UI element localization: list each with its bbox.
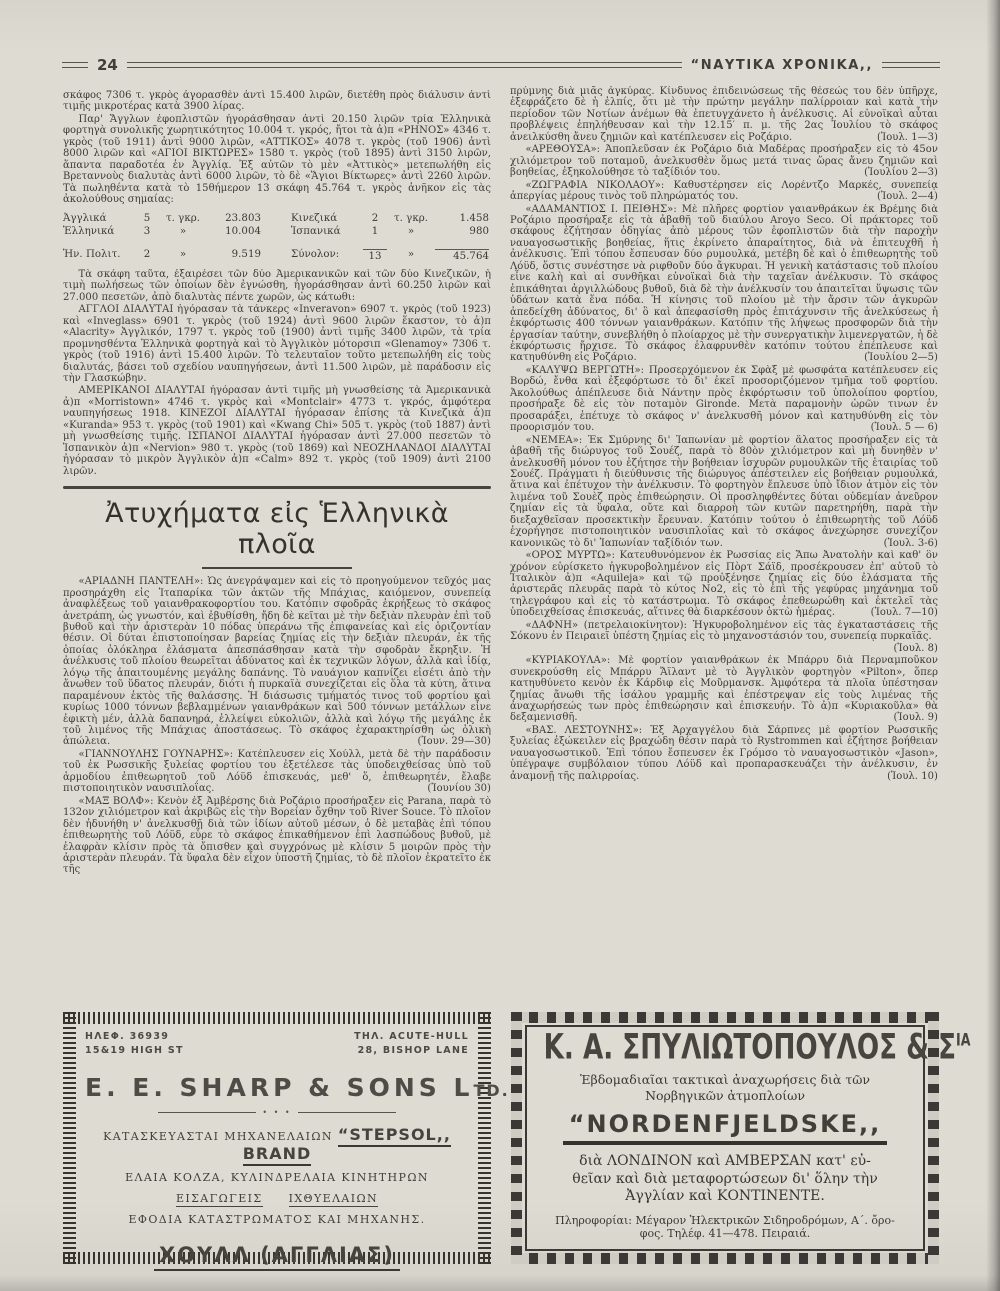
ad-body: διὰ ΛΟΝΔΙΝΟΝ καὶ ΑΜΒΕΡΣΑΝ κατ' εὐ- θεῖαν…	[537, 1153, 913, 1206]
table-cell: τ. γκρ.	[159, 213, 207, 224]
ad-border	[511, 1012, 939, 1023]
header-rule-left	[62, 62, 88, 68]
company-name-suffix: ΙΑ	[956, 1031, 970, 1051]
company-name-main: E. E. SHARP & SONS L	[85, 1073, 473, 1102]
header-rule-center	[127, 62, 682, 68]
paragraph-text: ΑΜΕΡΙΚΑΝΟΙ ΔΙΑΛΥΤΑΙ ἠγόρασαν ἀντὶ τιμῆς …	[63, 385, 491, 476]
ship-report: «ΖΩΓΡΑΦΙΑ ΝΙΚΟΛΑΟΥ»: Καθυστέρησεν εἰς Λο…	[510, 180, 938, 203]
table-cell: Ἀγγλικά	[63, 213, 135, 224]
table-cell: 5	[135, 213, 159, 224]
report-date: (Ἰουλίου 2—3)	[841, 167, 938, 178]
ad-address: 28, BISHOP LANE	[354, 1044, 469, 1058]
report-date: (Ἰουλ. 2—4)	[854, 191, 938, 202]
paragraph: Παρ' Ἄγγλων ἐφοπλιστῶν ἠγοράσθησαν ἀντὶ …	[63, 114, 491, 206]
paragraph-text: Παρ' Ἄγγλων ἐφοπλιστῶν ἠγοράσθησαν ἀντὶ …	[63, 114, 491, 205]
table-cell: 23.803	[207, 213, 261, 224]
company-name-suffix: TD.	[473, 1081, 509, 1100]
report-date: (Ἰουλ. 7—10)	[847, 607, 938, 618]
ship-report: «ΟΡΟΣ ΜΥΡΤΩ»: Κατευθυνόμενον ἐκ Ρωσσίας …	[510, 550, 938, 619]
table-cell: 1	[363, 226, 387, 237]
report-text: «ΔΑΦΝΗ» (πετρελαιοκίνητον): Ἠγκυροβολημέ…	[510, 620, 938, 642]
ad-info-line: Πληροφορίαι: Μέγαρον Ἡλεκτρικῶν Σιδηροδρ…	[537, 1214, 913, 1228]
ad-info-line: φος. Τηλέφ. 41—478. Πειραιά.	[537, 1227, 913, 1241]
paragraph-text: σκάφος 7306 τ. γκρὸς ἀγορασθὲν ἀντὶ 15.4…	[63, 90, 491, 112]
report-text: «ΜΑΞ ΒΟΛΦ»: Κενὸν ἐξ Ἀμβέρσης διὰ Ροζάρι…	[63, 796, 491, 876]
ad-company-name: E. E. SHARP & SONS LTD.	[85, 1073, 469, 1102]
ship-report: «ΝΕΜΕΑ»: Ἐκ Σμύρνης δι' Ἰαπωνίαν μὲ φορτ…	[510, 435, 938, 550]
ship-report: «ΓΙΑΝΝΟΥΛΗΣ ΓΟΥΝΑΡΗΣ»: Κατέπλευσεν εἰς Χ…	[63, 749, 491, 795]
left-column: σκάφος 7306 τ. γκρὸς ἀγορασθὲν ἀντὶ 15.4…	[63, 90, 491, 1010]
paragraph: ΑΜΕΡΙΚΑΝΟΙ ΔΙΑΛΥΤΑΙ ἠγόρασαν ἀντὶ τιμῆς …	[63, 385, 491, 477]
ad-content: Κ. Α. ΣΠΥΛΙΩΤΟΠΟΥΛΟΣ & ΣΙΑ Ἑβδομαδιαῖαι …	[537, 1032, 913, 1248]
table-cell: Ἡν. Πολιτ.	[63, 249, 135, 260]
ad-sharp-and-sons: ΗΛΕΦ. 36939 15&19 HIGH ST ΤΗΛ. ACUTE-HUL…	[63, 1012, 491, 1264]
ad-line-text: ΚΑΤΑΣΚΕΥΑΣΤΑΙ ΜΗΧΑΝΕΛΑΙΩΝ	[103, 1130, 338, 1143]
table-row: Ἑλληνικά 3 » 10.004	[63, 226, 261, 237]
table-row: Ἡν. Πολιτ. 2 » 9.519	[63, 249, 261, 260]
table-row: Ἀγγλικά 5 τ. γκρ. 23.803	[63, 213, 261, 224]
table-row-total: Σύνολον: 13 » 45.764	[291, 249, 489, 262]
magazine-page: 24 “ΝΑΥΤΙΚΑ ΧΡΟΝΙΚΑ,, σκάφος 7306 τ. γκρ…	[0, 0, 1000, 1291]
table-cell: »	[387, 249, 435, 262]
ad-line-importers: ΕΙΣΑΓΩΓΕΙΣΙΧΘΥΕΛΑΙΩΝ	[85, 1192, 469, 1205]
table-cell: 9.519	[207, 249, 261, 260]
ad-line-text: ΙΧΘΥΕΛΑΙΩΝ	[289, 1192, 378, 1207]
section-under-rule	[202, 567, 352, 569]
fleet-table-right: Κινεζικά 2 τ. γκρ. 1.458 Ἱσπανικά 1 » 98…	[291, 211, 489, 263]
table-cell: Ἱσπανικά	[291, 226, 363, 237]
fleet-flags-table: Ἀγγλικά 5 τ. γκρ. 23.803 Ἑλληνικά 3 » 10…	[63, 211, 489, 263]
section-title: Ἀτυχήματα εἰς Ἑλληνικὰ πλοῖα	[63, 498, 491, 560]
ad-line-oils: ΕΛΑΙΑ ΚΟΛΖΑ, ΚΥΛΙΝΔΡΕΛΑΙΑ ΚΙΝΗΤΗΡΩΝ	[85, 1171, 469, 1184]
ad-body-line: θεῖαν καὶ διὰ μεταφορτώσεων δι' ὅλην τὴν	[537, 1171, 913, 1189]
table-cell: Ἑλληνικά	[63, 226, 135, 237]
ad-brand-nordenfjeldske: “NORDENFJELDSKE,,	[563, 1110, 888, 1145]
fleet-table-left: Ἀγγλικά 5 τ. γκρ. 23.803 Ἑλληνικά 3 » 10…	[63, 211, 261, 263]
company-name-main: Κ. Α. ΣΠΥΛΙΩΤΟΠΟΥΛΟΣ & Σ	[544, 1027, 956, 1067]
paragraph-text: Τὰ σκάφη ταῦτα, ἐξαιρέσει τῶν δύο Ἀμερικ…	[63, 269, 491, 303]
ad-border	[511, 1012, 522, 1264]
ship-report: «ΚΥΡΙΑΚΟΥΛΑ»: Μὲ φορτίον γαιανθράκων ἐκ …	[510, 655, 938, 724]
table-cell: 1.458	[435, 213, 489, 224]
page-number: 24	[97, 56, 118, 74]
ship-report: «ΔΑΦΝΗ» (πετρελαιοκίνητον): Ἠγκυροβολημέ…	[510, 620, 938, 654]
paragraph: Τὰ σκάφη ταῦτα, ἐξαιρέσει τῶν δύο Ἀμερικ…	[63, 269, 491, 303]
report-date: (Ἰουλ. 10)	[864, 771, 938, 782]
ship-report: «ΒΑΣ. ΛΕΣΤΟΥΝΗΣ»: Ἐξ Ἀρχαγγέλου διὰ Σάρπ…	[510, 725, 938, 782]
ship-report: «ΜΑΞ ΒΟΛΦ»: Κενὸν ἐξ Ἀμβέρσης διὰ Ροζάρι…	[63, 796, 491, 876]
ship-report: πρύμνης διὰ μιᾶς ἀγκύρας. Κίνδυνος ἐπιδε…	[510, 86, 938, 143]
right-column: πρύμνης διὰ μιᾶς ἀγκύρας. Κίνδυνος ἐπιδε…	[510, 86, 938, 1010]
ad-company-name: Κ. Α. ΣΠΥΛΙΩΤΟΠΟΥΛΟΣ & ΣΙΑ	[544, 1027, 971, 1067]
table-cell: 3	[135, 226, 159, 237]
report-text: «ΑΔΑΜΑΝΤΙΟΣ Ι. ΠΕΙΘΗΣ»: Μὲ πλῆρες φορτίο…	[510, 204, 938, 364]
ad-spyliotopoulos: Κ. Α. ΣΠΥΛΙΩΤΟΠΟΥΛΟΣ & ΣΙΑ Ἑβδομαδιαῖαι …	[511, 1012, 939, 1264]
table-row: Ἱσπανικά 1 » 980	[291, 226, 489, 237]
table-cell: »	[159, 249, 207, 260]
section-top-rule	[63, 486, 491, 489]
report-date: (Ἰουν. 29—30)	[394, 736, 491, 747]
report-text: «ΝΕΜΕΑ»: Ἐκ Σμύρνης δι' Ἰαπωνίαν μὲ φορτ…	[510, 435, 938, 549]
ad-border	[63, 1012, 76, 1264]
ad-border	[63, 1012, 491, 1024]
table-cell: 2	[135, 249, 159, 260]
page-header: 24 “ΝΑΥΤΙΚΑ ΧΡΟΝΙΚΑ,,	[62, 56, 940, 74]
divider-dots: • • •	[262, 1108, 291, 1117]
report-date: (Ἰουλίου 2—5)	[841, 352, 938, 363]
ship-report: «ΑΡΕΘΟΥΣΑ»: Ἀποπλεῦσαν ἐκ Ροζάριο διὰ Μα…	[510, 144, 938, 178]
paragraph: σκάφος 7306 τ. γκρὸς ἀγορασθὲν ἀντὶ 15.4…	[63, 90, 491, 113]
report-date: (Ἰουλ. 8)	[870, 643, 938, 654]
ad-city: ΧΟΥΛΛ (ΑΓΓΛΙΑΣ)	[154, 1243, 400, 1271]
table-cell: Σύνολον:	[291, 249, 363, 262]
ad-border	[511, 1253, 939, 1264]
ad-tagline-line: Νορβηγικῶν ἀτμοπλοίων	[537, 1088, 913, 1104]
table-cell: 13	[363, 249, 387, 262]
header-rule-right	[882, 62, 940, 68]
ad-contact-block: ΗΛΕΦ. 36939 15&19 HIGH ST ΤΗΛ. ACUTE-HUL…	[85, 1030, 469, 1058]
report-date: (Ἰουλ. 5 — 6)	[847, 422, 938, 433]
ship-report: «ΑΔΑΜΑΝΤΙΟΣ Ι. ΠΕΙΘΗΣ»: Μὲ πλῆρες φορτίο…	[510, 204, 938, 364]
table-cell: 2	[363, 213, 387, 224]
ad-line-supplies: ΕΦΟΔΙΑ ΚΑΤΑΣΤΡΩΜΑΤΟΣ ΚΑΙ ΜΗΧΑΝΗΣ.	[85, 1213, 469, 1226]
paragraph-text: ΑΓΓΛΟΙ ΔΙΑΛΥΤΑΙ ἠγόρασαν τὰ τάνκερς «Inv…	[63, 304, 491, 384]
table-cell: »	[387, 226, 435, 237]
ad-cable: ΤΗΛ. ACUTE-HULL	[354, 1030, 469, 1044]
ad-tagline-line: Ἑβδομαδιαῖαι τακτικαὶ ἀναχωρήσεις διὰ τῶ…	[537, 1072, 913, 1088]
ad-body-line: Ἀγγλίαν καὶ ΚΟΝΤΙΝΕΝΤΕ.	[537, 1188, 913, 1206]
ad-address: 15&19 HIGH ST	[85, 1044, 184, 1058]
table-cell: »	[159, 226, 207, 237]
paragraph: ΑΓΓΛΟΙ ΔΙΑΛΥΤΑΙ ἠγόρασαν τὰ τάνκερς «Inv…	[63, 304, 491, 384]
ship-report: «ΑΡΙΑΔΝΗ ΠΑΝΤΕΛΗ»: Ὡς ἀνεγράψαμεν καὶ εἰ…	[63, 576, 491, 748]
ad-line-text: ΕΙΣΑΓΩΓΕΙΣ	[176, 1192, 263, 1207]
report-date: (Ἰουλ. 9)	[870, 712, 938, 723]
ad-content: ΗΛΕΦ. 36939 15&19 HIGH ST ΤΗΛ. ACUTE-HUL…	[85, 1030, 469, 1246]
report-date: (Ἰουλ. 3-6)	[860, 538, 938, 549]
table-cell: 45.764	[435, 249, 489, 262]
table-row: Κινεζικά 2 τ. γκρ. 1.458	[291, 213, 489, 224]
ad-info: Πληροφορίαι: Μέγαρον Ἡλεκτρικῶν Σιδηροδρ…	[537, 1214, 913, 1241]
ad-divider: • • •	[158, 1108, 396, 1117]
ad-border	[478, 1012, 491, 1264]
ad-phone: ΗΛΕΦ. 36939	[85, 1030, 184, 1044]
section-accidents: Ἀτυχήματα εἰς Ἑλληνικὰ πλοῖα	[63, 486, 491, 569]
report-text: «ΑΡΙΑΔΝΗ ΠΑΝΤΕΛΗ»: Ὡς ἀνεγράψαμεν καὶ εἰ…	[63, 576, 491, 747]
report-date: (Ἰουλ. 1—3)	[869, 132, 938, 143]
table-cell: τ. γκρ.	[387, 213, 435, 224]
report-date: (Ἰουνίου 30)	[404, 783, 491, 794]
ad-body-line: διὰ ΛΟΝΔΙΝΟΝ καὶ ΑΜΒΕΡΣΑΝ κατ' εὐ-	[537, 1153, 913, 1171]
ad-tagline: Ἑβδομαδιαῖαι τακτικαὶ ἀναχωρήσεις διὰ τῶ…	[537, 1072, 913, 1103]
magazine-title: “ΝΑΥΤΙΚΑ ΧΡΟΝΙΚΑ,,	[691, 58, 873, 73]
table-cell: 10.004	[207, 226, 261, 237]
table-cell: 980	[435, 226, 489, 237]
ship-report: «ΚΑΛΥΨΩ ΒΕΡΓΩΤΗ»: Προσερχόμενον ἐκ Σφὰξ …	[510, 365, 938, 434]
table-cell: Κινεζικά	[291, 213, 363, 224]
ad-line-stepsol: ΚΑΤΑΣΚΕΥΑΣΤΑΙ ΜΗΧΑΝΕΛΑΙΩΝ “STEPSOL,, BRA…	[85, 1125, 469, 1163]
